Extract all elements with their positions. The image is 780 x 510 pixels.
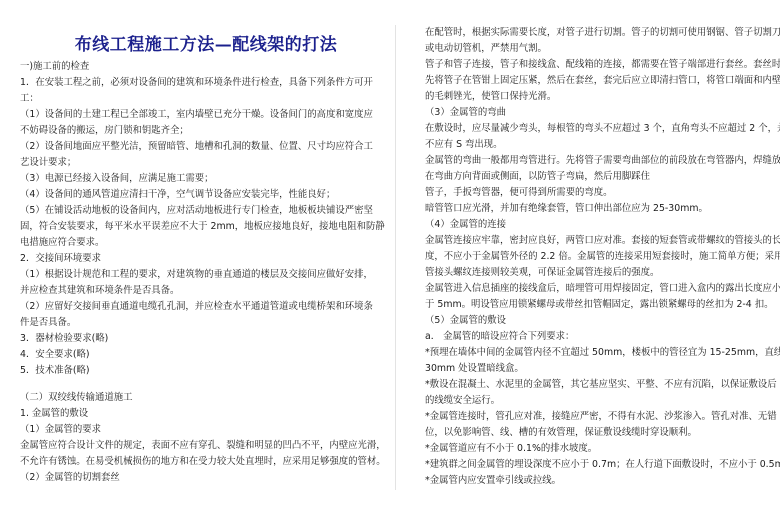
text-line: 于 5mm。明设管应用锁紧螺母或带丝扣管帽固定，露出锁紧螺母的丝扣为 2-4 扣… [425, 299, 774, 311]
text-line: 艺设计要求； [20, 157, 76, 169]
text-line: （3）电源已经接入设备间，应满足施工需要； [20, 173, 213, 185]
text-line: 4．安全要求(略) [20, 349, 90, 361]
text-line: （3）金属管的弯曲 [425, 107, 506, 119]
text-line: （1）金属管的要求 [20, 424, 101, 436]
text-line: *金属管连接时，管孔应对准，接缝应严密，不得有水泥、沙浆渗入。管孔对准、无错 [425, 411, 777, 423]
text-line: （5）在铺设活动地板的设备间内，应对活动地板进行专门检查，地板板块铺设严密坚 [20, 205, 373, 217]
text-line: （2）设备间地面应平整光洁，预留暗管、地槽和孔洞的数量、位置、尺寸均应符合工 [20, 141, 373, 153]
text-line: 一)施工前的检查 [20, 61, 89, 73]
text-line: （1）设备间的土建工程已全部竣工，室内墙壁已充分干燥。设备间门的高度和宽度应 [20, 109, 373, 121]
text-line: 位，以免影响管、线、槽的有效管理，保证敷设线缆时穿设顺利。 [425, 427, 697, 439]
text-line: 或电动切管机，严禁用气割。 [425, 43, 547, 55]
text-line: （5）金属管的敷设 [425, 315, 506, 327]
column-separator [395, 25, 396, 490]
text-line: 件是否具备。 [20, 317, 76, 329]
text-line: （4）设备间的通风管道应清扫干净，空气调节设备应安装完毕，性能良好； [20, 189, 335, 201]
text-line: 金属管连接应牢靠，密封应良好，两管口应对准。套接的短套管或带螺纹的管接头的长 [425, 235, 780, 247]
text-line: 不应有 S 弯出现。 [425, 139, 503, 151]
text-line: （2）应留好交接间垂直通道电缆孔孔洞，并应检查水平通道管道或电缆桥架和环境条 [20, 301, 373, 313]
text-line: 金属管进入信息插座的接线盒后，暗埋管可用焊接固定，管口进入盒内的露出长度应小 [425, 283, 780, 295]
text-line: 的线缆安全运行。 [425, 395, 500, 407]
text-line: 并应检查其建筑和环境条件是否具备。 [20, 285, 179, 297]
text-line: 度，不应小于金属管外径的 2.2 倍。金属管的连接采用短套接时，施工简单方便；采… [425, 251, 780, 263]
text-line: 固，符合安装要求，每平米水平误差应不大于 2mm，地板应接地良好，接地电阻和防静 [20, 221, 385, 233]
text-line: 在敷设时，应尽量减少弯头，每根管的弯头不应超过 3 个，直角弯头不应超过 2 个… [425, 123, 780, 135]
text-line: 的毛刺锉光，使管口保持光滑。 [425, 91, 556, 103]
text-line: （1）根据设计规范和工程的要求，对建筑物的垂直通道的楼层及交接间应做好安排， [20, 269, 373, 281]
text-line: 管子，手扳弯管器，便可得到所需要的弯度。 [425, 187, 613, 199]
text-line: 5．技术准备(略) [20, 365, 90, 377]
text-line: 在弯曲方向背面或侧面，以防管子弯扁，然后用脚踩住 [425, 171, 650, 183]
text-line: （2）金属管的切割套丝 [20, 472, 120, 484]
text-line: *预埋在墙体中间的金属管内径不宜超过 50mm，楼板中的管径宜为 15-25mm… [425, 347, 780, 359]
text-line: 电措施应符合要求。 [20, 237, 104, 249]
text-line: 暗管管口应光滑，并加有绝缘套管，管口伸出部位应为 25-30mm。 [425, 203, 708, 215]
text-line: 金属管应符合设计文件的规定，表面不应有穿孔、裂缝和明显的凹凸不平，内壁应光滑， [20, 440, 386, 452]
text-line: 2．交接间环境要求 [20, 253, 101, 265]
text-line: 工： [20, 93, 39, 105]
text-line: *建筑群之间金属管的埋设深度不应小于 0.7m；在人行道下面敷设时，不应小于 0… [425, 459, 780, 471]
text-line: 金属管的弯曲一般都用弯管进行。先将管子需要弯曲部位的前段放在弯管器内，焊缝放 [425, 155, 780, 167]
text-line: 不允许有锈蚀。在易受机械损伤的地方和在受力较大处直埋时，应采用足够强度的管材。 [20, 456, 386, 468]
text-line: 1．在安装工程之前，必须对设备间的建筑和环境条件进行检查，具备下列条件方可开 [20, 77, 373, 89]
text-line: 3．器材检验要求(略) [20, 333, 108, 345]
text-line: 管接头螺纹连接则较美观，可保证金属管连接后的强度。 [425, 267, 659, 279]
text-line: a． 金属管的暗设应符合下列要求： [425, 331, 574, 343]
text-line: （4）金属管的连接 [425, 219, 506, 231]
text-line: *敷设在混凝土、水泥里的金属管，其它基应坚实、平整、不应有沉陷，以保证敷设后 [425, 379, 777, 391]
text-line: （二）双绞线传输通道施工 [20, 392, 133, 404]
text-line: 1. 金属管的敷设 [20, 408, 88, 420]
document-title: 布线工程施工方法—配线架的打法 [20, 30, 392, 55]
text-line: 不妨碍设备的搬运，房门锁和钥匙齐全； [20, 125, 189, 137]
text-line: *金属管内应安置牵引线或拉线。 [425, 475, 561, 487]
text-line: 先将管子在管钳上固定压紧，然后在套丝，套完后应立即清扫管口，将管口端面和内壁 [425, 75, 780, 87]
text-line: 在配管时，根据实际需要长度，对管子进行切割。管子的切割可使用钢锯、管子切割刀 [425, 27, 780, 39]
text-line: 管子和管子连接，管子和接线盒、配线箱的连接，都需要在管子端部进行套丝。套丝时， [425, 59, 780, 71]
text-line: 30mm 处设置暗线盒。 [425, 363, 524, 375]
text-line: *金属管道应有不小于 0.1%的排水坡度。 [425, 443, 597, 455]
